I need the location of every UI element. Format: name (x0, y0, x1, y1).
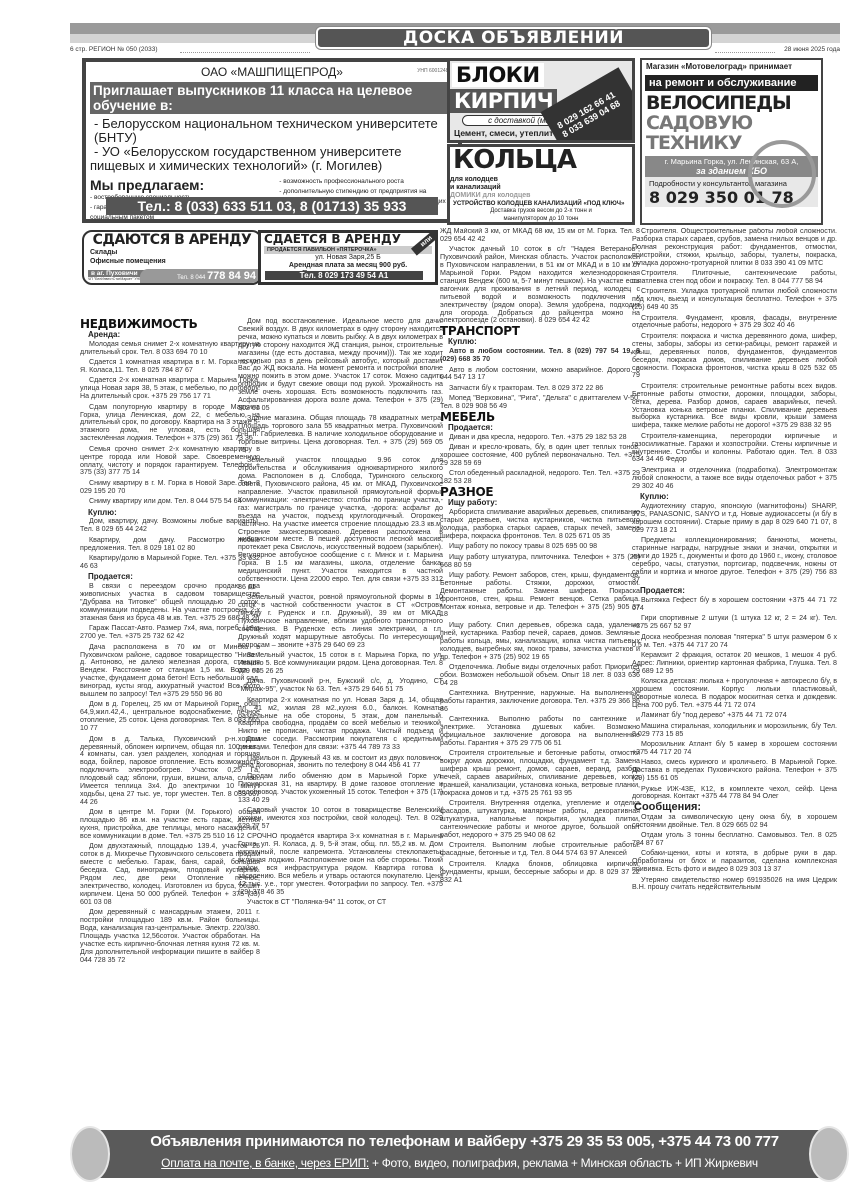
ad-word-kirpich: КИРПИЧ (450, 89, 557, 113)
ad-koltsa: КОЛЬЦА для колодцеви канализацийДОМИКИ д… (447, 144, 635, 225)
classified-ad: Сантехника. Внутренние, наружные. На вып… (440, 690, 640, 714)
ad-university-2-cont: пищевых и химических технологий» (г. Мог… (86, 159, 458, 173)
classified-ad: Ищу работу. Спил деревьев, обрезка сада,… (440, 622, 640, 662)
subsection-rent: Аренда: (88, 331, 260, 339)
classified-ad: Земельный участок, 15 соток в г. Марьина… (238, 652, 443, 676)
classified-ad: Ищу работу. Ремонт заборов, стен, крыш, … (440, 572, 640, 619)
ad-address: ул. Новая Заря,25 Б (261, 254, 435, 262)
subsection-sell: Продается: (640, 587, 837, 595)
classified-ad: Машина стиральная, холодильник и морозил… (632, 723, 837, 739)
classified-ad: Дом в д. Талька, Пуховичский р-н. Дом де… (80, 736, 260, 807)
subsection-buy: Куплю: (88, 509, 260, 517)
classified-ad: Сниму квартиру в г. М. Горка в Новой Зар… (80, 480, 260, 496)
classified-ad: Павильон п. Дружный 43 кв. м состоит из … (238, 755, 443, 771)
classified-ad: Квартиру, дом дачу. Рассмотрю любые пред… (80, 537, 260, 553)
classified-ad: Доска необрезная половая "пятерка" 5 шту… (632, 634, 837, 650)
section-heading-misc: РАЗНОЕ (440, 489, 640, 497)
issue-date: 28 июня 2025 года (784, 46, 840, 53)
classified-ad: Дом под восстановление. Идеальное место … (238, 318, 443, 413)
page-number: 6 стр. (70, 46, 87, 53)
ad-subtitle: ПРОДАЕТСЯ ПАВИЛЬОН «ПЯТЕРОЧКА» (264, 246, 432, 254)
subsection-sell: Продается: (88, 573, 260, 581)
classified-ad: Навоз, смесь куриного и кроличьего. В Ма… (632, 759, 837, 783)
subsection-messages: Сообщения: (634, 804, 837, 812)
classified-ad: Садовый участок 10 соток в товариществе … (238, 807, 443, 831)
classified-ad: Квартира 2-х комнатная по ул. Новая Заря… (238, 697, 443, 752)
classified-ad: Участок в СТ "Полянка-94" 11 соток, от С… (238, 899, 443, 907)
classified-ad: Ищу работу штукатура, плиточника. Телефо… (440, 554, 640, 570)
classified-ad: Арбориста спиливание аварийных деревьев,… (440, 509, 640, 541)
classified-ad: Дом в центре М. Горки (М. Горького) обще… (80, 809, 260, 841)
footer-payment: Оплата на почте, в банке, через ЕРИП: (161, 1156, 369, 1170)
ad-product: Шифер, рубероид, арматура (450, 138, 570, 143)
newspaper-page: ДОСКА ОБЪЯВЛЕНИЙ 6 стр. РЕГИОН № 050 (20… (60, 0, 849, 1200)
ad-service: на ремонт и обслуживание (645, 75, 818, 91)
footer-services: Оплата на почте, в банке, через ЕРИП: + … (110, 1156, 809, 1170)
classified-ad: Отделочника. Любые виды отделочных работ… (440, 664, 640, 688)
classified-ad: Сниму квартиру или дом. Тел. 8 044 575 5… (80, 498, 260, 506)
column-2: Дом под восстановление. Идеальное место … (238, 318, 443, 1113)
ad-university-1: - Белорусском национальном техническом у… (86, 117, 458, 145)
ad-phone: Тел. 8 029 173 49 54 А1 (265, 271, 423, 280)
bicycle-wheel-icon (748, 140, 816, 208)
classified-ad: Строителя. Фундамент, кровля, фасады, вн… (632, 315, 837, 331)
column-4: Строителя. Общестроительные работы любой… (632, 228, 837, 1110)
operator-avatar-icon (70, 1126, 110, 1182)
classified-ad: Здание магазина. Общая площадь 78 квадра… (238, 415, 443, 455)
ad-invite: Приглашает выпускников 11 класса на целе… (90, 82, 454, 114)
classified-ad: Строителя. Кладка блоков, облицовка кирп… (440, 861, 640, 885)
classified-ad: Строителя. Внутренняя отделка, утепление… (440, 800, 640, 840)
classified-ad: Дом двухэтажный, площадью 139.4, участок… (80, 843, 260, 906)
classified-ad: Земельный участок площадью 9.96 соток дл… (238, 457, 443, 591)
classified-ad: Стол обеденный раскладной, недорого. Тел… (440, 470, 640, 486)
ad-word: ВЕЛОСИПЕДЫ (642, 93, 821, 113)
ad-university-2: - УО «Белорусском государственном универ… (86, 145, 458, 159)
classified-ad: Собаки-щенки, коты и котята, в добрые ру… (632, 850, 837, 874)
section-heading-furniture: МЕБЕЛЬ (440, 414, 640, 422)
classified-ad: Морозильник Атлант б/у 5 камер в хорошем… (632, 741, 837, 757)
classified-ad: Продам либо обменяю дом в Марьиной Горке… (238, 773, 443, 805)
classified-ad: Сдается 2-х комнатная квартира г. Марьин… (80, 377, 260, 401)
classified-ad: Строителя. Укладка тротуарной плитки люб… (632, 288, 837, 312)
offer-item: - возможность профессионального роста (279, 177, 454, 187)
footer-banner: Объявления принимаются по телефонам и ва… (80, 1130, 839, 1178)
classified-ad: Молодая семья снимет 2-х комнатную кварт… (80, 341, 260, 357)
classified-ad: Семья срочно снимет 2-х комнатную кварти… (80, 446, 260, 478)
ad-bloki-kirpich: БЛОКИКИРПИЧ с доставкой (манипулятор) Це… (447, 58, 635, 143)
classified-ad: Строителя строительные и бетонные работы… (440, 750, 640, 797)
classified-ad: Участок дачный 10 соток в с/т "Надея Вет… (440, 246, 640, 325)
classified-ad: Земельный участок, ровной прямоугольной … (238, 594, 443, 649)
classified-ad: Строителя. Плиточные, сантехнические раб… (632, 270, 837, 286)
ad-motovelograd: Магазин «Мотовелоград» принимает на ремо… (640, 58, 823, 225)
classified-ad: Дом, квартиру, дачу. Возможны любые вари… (80, 518, 260, 534)
classified-ad: Диван и кресло-кровать, б/у, в один цвет… (440, 444, 640, 468)
ad-rent-price: Арендная плата за месяц 900 руб. (261, 262, 435, 270)
classified-ad: Авто в любом состоянии, можно аварийное.… (440, 367, 640, 383)
classified-ad: Ищу работу по покосу травы 8 025 695 00 … (440, 543, 640, 551)
classified-ad: Керамзит 2 фракция, остаток 20 мешков, 1… (632, 652, 837, 676)
issue-info: 6 стр. РЕГИОН № 050 (2033) (70, 46, 158, 53)
ad-phone: Тел. 8 044 778 84 94 (140, 269, 260, 283)
classified-ad: Гири спортивные 2 штуки (1 штука 12 кг, … (632, 615, 837, 631)
classified-ad: Строителя: строительные ремонтные работы… (632, 383, 837, 430)
classified-ad: СРОЧНО продаётся квартира 3-х комнатная … (238, 833, 443, 896)
ad-org-name: ОАО «МАШПИЩЕПРОД» (86, 65, 458, 79)
classified-ad: Сдается 1 комнатная квартира в г. М. Гор… (80, 359, 260, 375)
ad-word: САДОВУЮ (642, 113, 821, 133)
issue-number: РЕГИОН № 050 (2033) (89, 46, 158, 53)
classified-ad: Строителя. Общестроительные работы любой… (632, 228, 837, 268)
ad-item: Офисные помещения (84, 257, 260, 266)
ad-phone: +375-29-304-23-98 (450, 223, 632, 225)
classified-ad: Авто в любом состоянии. Тел. 8 (029) 797… (440, 348, 640, 364)
dotted-rule (715, 52, 775, 53)
classified-ad: Дом деревянный с мансардным этажем, 2011… (80, 909, 260, 964)
footer-phones: Объявления принимаются по телефонам и ва… (120, 1133, 809, 1150)
classified-ad: Коляска детская: люлька + прогулочная + … (632, 678, 837, 710)
ad-title: СДАЕТСЯ В АРЕНДУ (261, 233, 435, 246)
ad-subtitle: для колодцеви канализацийДОМИКИ для коло… (450, 176, 530, 200)
classified-ad: Квартиру/долю в Марьиной Горке. Тел. +37… (80, 555, 260, 571)
classified-ad: Ламинат б/у "под дерево" +375 44 71 72 0… (632, 712, 837, 720)
classified-ad: Ружье ИЖ-43Е, К12, в комплекте чехол, се… (632, 786, 837, 802)
column-3: ЖД Майский 3 км, от МКАД 68 км, 15 км от… (440, 228, 640, 1110)
classified-ad: Дача. Пуховичский р-н, Бужский с/с, д. У… (238, 678, 443, 694)
classified-ad: Отдам за символическую цену окна б/у, в … (632, 814, 837, 830)
classified-ad: Электрика и отделочника (подработка). Эл… (632, 467, 837, 491)
dotted-rule (180, 52, 310, 53)
subsection-sell: Продается: (448, 424, 640, 432)
classified-ad: Гараж Пассат-Авто. Размер 7х4, яма, погр… (80, 625, 260, 641)
ad-big-word: КОЛЬЦА (450, 147, 576, 173)
section-heading-realty: НЕДВИЖИМОСТЬ (80, 321, 260, 329)
ad-word-bloki: БЛОКИ (452, 63, 544, 87)
ad-item: Склады (84, 248, 260, 257)
classified-ad: Сдам полуторную квартиру в городе Марьин… (80, 404, 260, 444)
classified-ad: Строителя-каменщика, перегородки кирпичн… (632, 433, 837, 465)
classified-ad: Отдам уголь 3 тонны бесплатно. Самовывоз… (632, 832, 837, 848)
subsection-buy: Куплю: (640, 493, 837, 501)
ad-mashpishcheprod: ОАО «МАШПИЩЕПРОД» УНП 600124838 Приглаша… (82, 58, 462, 223)
classified-ad: В связи с переездом срочно продаю два жи… (80, 583, 260, 623)
classified-ad: Дом в д. Горелец, 25 км от Марьиной Горк… (80, 701, 260, 733)
page-title: ДОСКА ОБЪЯВЛЕНИЙ (316, 27, 711, 49)
section-heading-transport: ТРАНСПОРТ (440, 328, 640, 336)
classified-ad: Аудиотехнику старую, японскую (магнитофо… (632, 503, 837, 535)
ad-pavilion: СДАЕТСЯ В АРЕНДУ или ПРОДАЕТСЯ ПАВИЛЬОН … (258, 230, 438, 285)
subsection-job: Ищу работу: (448, 499, 640, 507)
ad-rent-warehouses: СДАЮТСЯ В АРЕНДУ Склады Офисные помещени… (82, 230, 262, 285)
offer-title: Мы предлагаем: (90, 177, 279, 193)
classified-ad: Строителя. Выполним любые строительные р… (440, 842, 640, 858)
classified-ad: Вытяжка Гефест б/у в хорошем состоянии +… (632, 597, 837, 613)
classified-ad: Строителя: покраска и чистка деревянного… (632, 333, 837, 380)
classified-ad: Предметы коллекционирования; банкноты, м… (632, 537, 837, 584)
ad-phone: Тел.: 8 (033) 633 511 03, 8 (01713) 35 9… (106, 197, 438, 215)
ad-delivery: манипулятором до 10 тонн (450, 215, 632, 223)
classified-ad: Сантехника. Выполню работы по сантехнике… (440, 716, 640, 748)
ad-service: УСТРОЙСТВО КОЛОДЦЕВ КАНАЛИЗАЦИЙ «ПОД КЛЮ… (450, 200, 632, 207)
classified-ad: Диван и два кресла, недорого. Тел. +375 … (440, 434, 640, 442)
subsection-buy: Куплю: (448, 338, 640, 346)
operator-avatar-icon (809, 1126, 849, 1182)
column-1: НЕДВИЖИМОСТЬ Аренда: Молодая семья сниме… (80, 318, 260, 1110)
classified-ad: Утеряно свидетельство номер 691935026 на… (632, 877, 837, 893)
classified-ad: ЖД Майский 3 км, от МКАД 68 км, 15 км от… (440, 228, 640, 244)
ad-title: СДАЮТСЯ В АРЕНДУ (84, 232, 260, 248)
ad-delivery: Доставка грузов весом до 2-х тонн и (450, 207, 632, 215)
classified-ad: Дача расположена в 70 км от Минска в Пух… (80, 644, 260, 699)
classified-ad: Запчасти б/у к тракторам. Тел. 8 029 372… (440, 385, 640, 393)
ad-store-name: Магазин «Мотовелоград» принимает (642, 60, 821, 73)
classified-ad: Мопед "Верховина", "Рига", "Дельта" с дв… (440, 395, 640, 411)
